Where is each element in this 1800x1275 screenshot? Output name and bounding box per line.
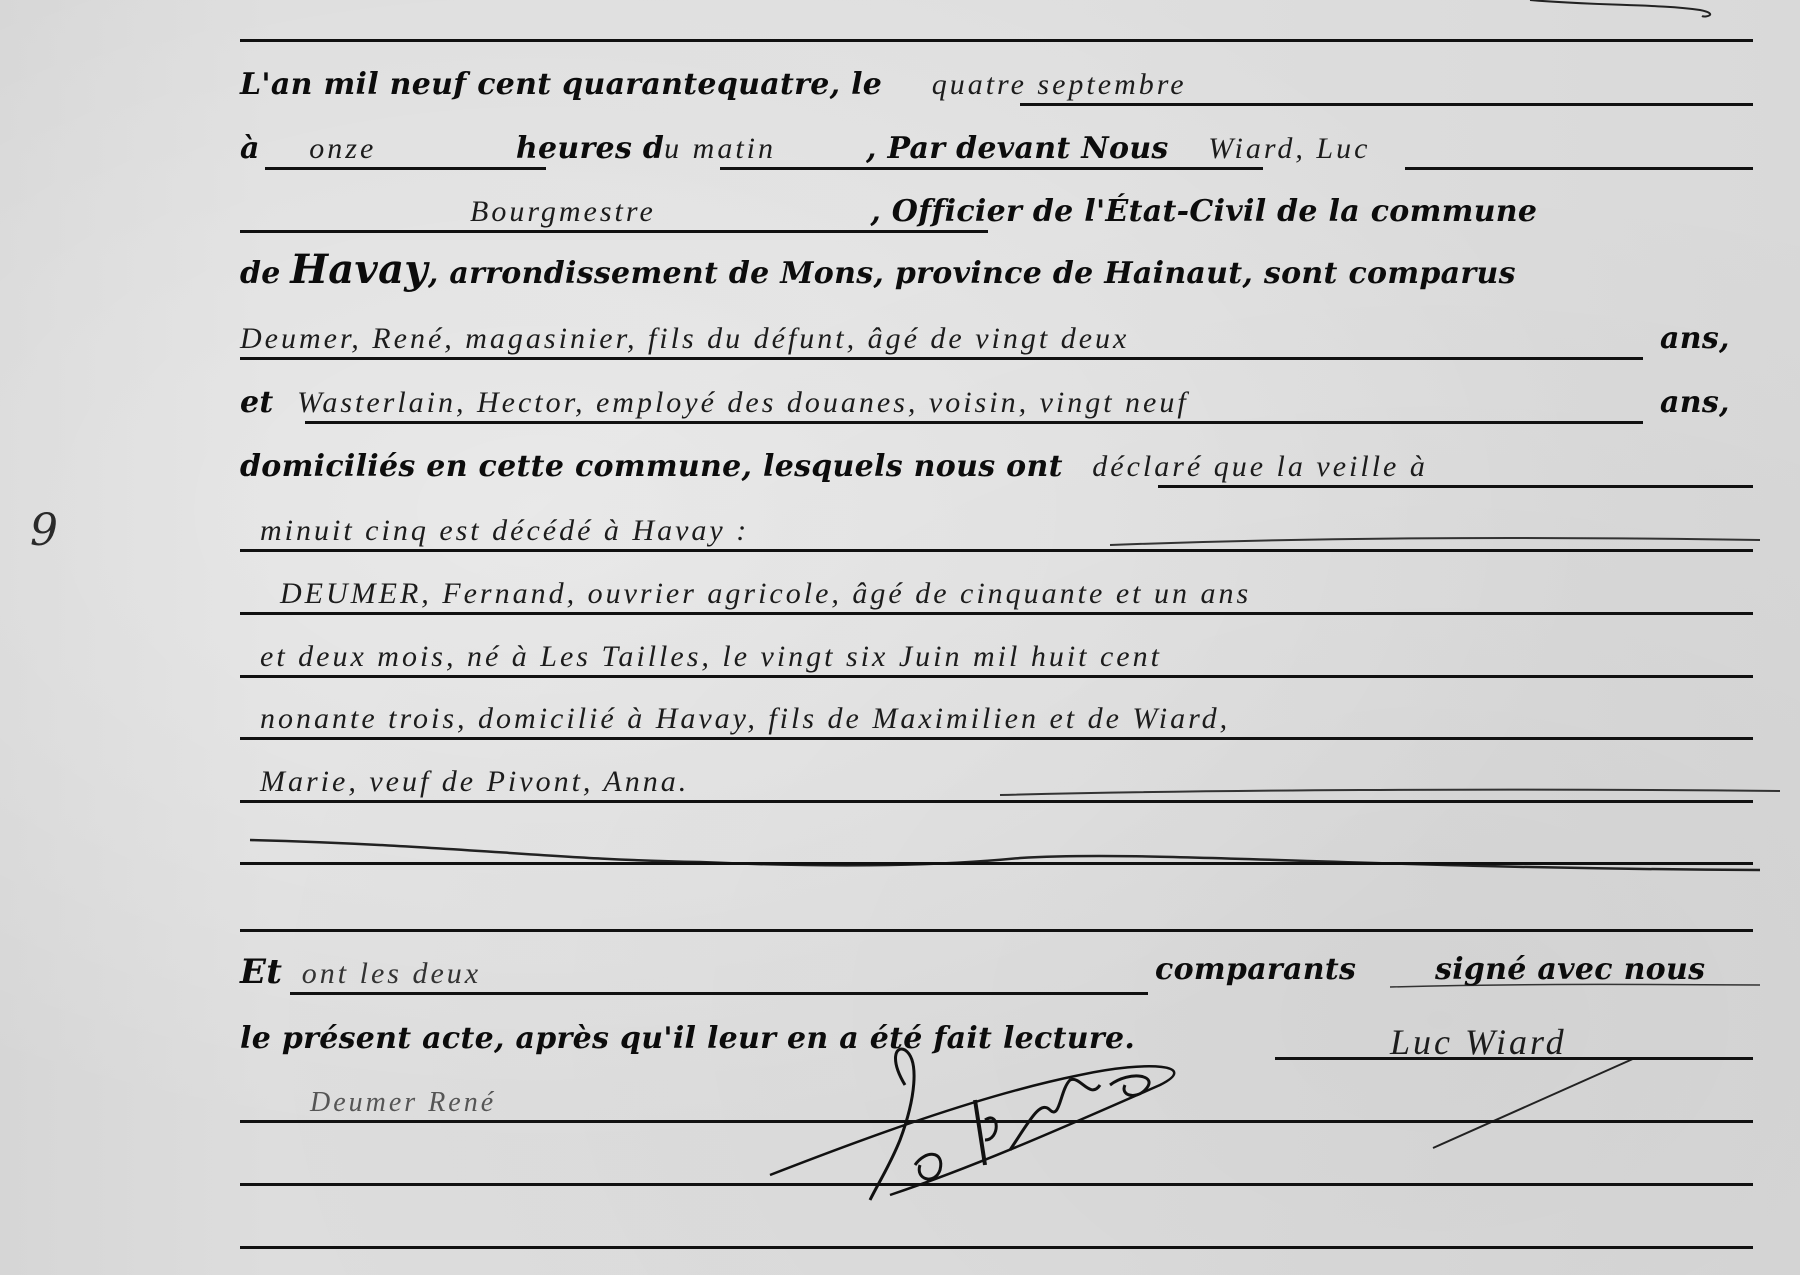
witness-signature-2 bbox=[0, 0, 1800, 1275]
document-page: 9 L'an mil neuf cent quarantequatre, le … bbox=[0, 0, 1800, 1275]
